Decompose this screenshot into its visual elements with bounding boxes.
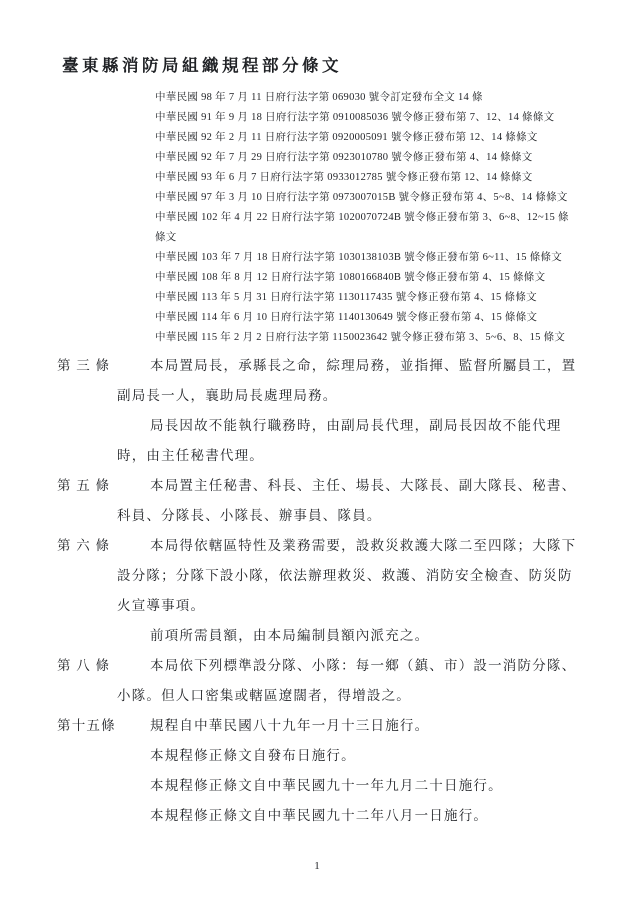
- article-text: 本局置主任秘書、科長、主任、場長、大隊長、副大隊長、秘書、科員、分隊長、小隊長、…: [117, 471, 580, 531]
- article-paragraph: 規程自中華民國八十九年一月十三日施行。: [117, 711, 580, 741]
- article-paragraph: 本局依下列標準設分隊、小隊：每一鄉（鎮、市）設一消防分隊、小隊。但人口密集或轄區…: [117, 651, 580, 711]
- document-title: 臺東縣消防局組織規程部分條文: [62, 52, 342, 76]
- amendment-history: 中華民國 98 年 7 月 11 日府行法字第 069030 號令訂定發布全文 …: [155, 88, 595, 348]
- amendment-history-line: 中華民國 113 年 5 月 31 日府行法字第 1130117435 號令修正…: [155, 288, 595, 308]
- article-text: 本局置局長，承縣長之命，綜理局務，並指揮、監督所屬員工，置副局長一人，襄助局長處…: [117, 351, 580, 471]
- amendment-history-line: 中華民國 97 年 3 月 10 日府行法字第 0973007015B 號令修正…: [155, 188, 595, 208]
- amendment-history-line: 中華民國 108 年 8 月 12 日府行法字第 1080166840B 號令修…: [155, 268, 595, 288]
- article-paragraph: 本局置主任秘書、科長、主任、場長、大隊長、副大隊長、秘書、科員、分隊長、小隊長、…: [117, 471, 580, 531]
- article-paragraph: 本規程修正條文自發布日施行。: [117, 741, 580, 771]
- amendment-history-line: 中華民國 114 年 6 月 10 日府行法字第 1140130649 號令修正…: [155, 308, 595, 328]
- amendment-history-line: 中華民國 92 年 2 月 11 日府行法字第 0920005091 號令修正發…: [155, 128, 595, 148]
- article-text: 本局依下列標準設分隊、小隊：每一鄉（鎮、市）設一消防分隊、小隊。但人口密集或轄區…: [117, 651, 580, 711]
- amendment-history-line: 中華民國 102 年 4 月 22 日府行法字第 1020070724B 號令修…: [155, 208, 595, 248]
- amendment-history-line: 中華民國 115 年 2 月 2 日府行法字第 1150023642 號令修正發…: [155, 328, 595, 348]
- article-number: 第十五條: [57, 711, 116, 741]
- article-number: 第 六 條: [57, 531, 110, 561]
- article-text: 規程自中華民國八十九年一月十三日施行。 本規程修正條文自發布日施行。 本規程修正…: [117, 711, 580, 831]
- article-paragraph: 本局置局長，承縣長之命，綜理局務，並指揮、監督所屬員工，置副局長一人，襄助局長處…: [117, 351, 580, 411]
- article-number: 第 三 條: [57, 351, 110, 381]
- article-15: 第十五條 規程自中華民國八十九年一月十三日施行。 本規程修正條文自發布日施行。 …: [0, 711, 634, 831]
- article-paragraph: 本規程修正條文自中華民國九十二年八月一日施行。: [117, 801, 580, 831]
- page-number: 1: [0, 860, 634, 872]
- article-text: 本局得依轄區特性及業務需要，設救災救護大隊二至四隊；大隊下設分隊；分隊下設小隊，…: [117, 531, 580, 651]
- amendment-history-line: 中華民國 103 年 7 月 18 日府行法字第 1030138103B 號令修…: [155, 248, 595, 268]
- amendment-history-line: 中華民國 92 年 7 月 29 日府行法字第 0923010780 號令修正發…: [155, 148, 595, 168]
- article-3: 第 三 條 本局置局長，承縣長之命，綜理局務，並指揮、監督所屬員工，置副局長一人…: [0, 351, 634, 471]
- amendment-history-line: 中華民國 91 年 9 月 18 日府行法字第 0910085036 號令修正發…: [155, 108, 595, 128]
- article-paragraph: 局長因故不能執行職務時，由副局長代理，副局長因故不能代理時，由主任秘書代理。: [117, 411, 580, 471]
- articles-body: 第 三 條 本局置局長，承縣長之命，綜理局務，並指揮、監督所屬員工，置副局長一人…: [0, 351, 634, 831]
- article-paragraph: 本規程修正條文自中華民國九十一年九月二十日施行。: [117, 771, 580, 801]
- article-paragraph: 前項所需員額，由本局編制員額內派充之。: [117, 621, 580, 651]
- amendment-history-line: 中華民國 98 年 7 月 11 日府行法字第 069030 號令訂定發布全文 …: [155, 88, 595, 108]
- article-6: 第 六 條 本局得依轄區特性及業務需要，設救災救護大隊二至四隊；大隊下設分隊；分…: [0, 531, 634, 651]
- document-page: 臺東縣消防局組織規程部分條文 中華民國 98 年 7 月 11 日府行法字第 0…: [0, 0, 634, 901]
- article-number: 第 五 條: [57, 471, 110, 501]
- article-paragraph: 本局得依轄區特性及業務需要，設救災救護大隊二至四隊；大隊下設分隊；分隊下設小隊，…: [117, 531, 580, 621]
- article-number: 第 八 條: [57, 651, 110, 681]
- article-5: 第 五 條 本局置主任秘書、科長、主任、場長、大隊長、副大隊長、秘書、科員、分隊…: [0, 471, 634, 531]
- amendment-history-line: 中華民國 93 年 6 月 7 日府行法字第 0933012785 號令修正發布…: [155, 168, 595, 188]
- article-8: 第 八 條 本局依下列標準設分隊、小隊：每一鄉（鎮、市）設一消防分隊、小隊。但人…: [0, 651, 634, 711]
